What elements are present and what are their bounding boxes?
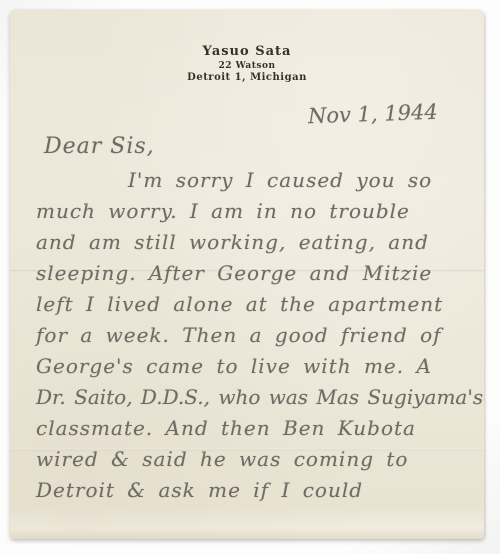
letterhead-street-address: 22 Watson xyxy=(10,61,484,72)
letterhead-name: Yasuo Sata xyxy=(10,44,484,59)
letterhead-city-address: Detroit 1, Michigan xyxy=(10,72,484,84)
letter-line: Dr. Saito, D.D.S., who was Mas Sugiyama'… xyxy=(36,382,472,413)
letter-line: George's came to live with me. A xyxy=(36,351,472,382)
letter-line: wired & said he was coming to xyxy=(36,444,472,475)
letter-paper: Yasuo Sata 22 Watson Detroit 1, Michigan… xyxy=(10,10,484,539)
letter-line: for a week. Then a good friend of xyxy=(36,320,472,351)
letter-body: I'm sorry I caused you so much worry. I … xyxy=(36,165,472,506)
letter-line: classmate. And then Ben Kubota xyxy=(36,413,472,444)
letter-line: left I lived alone at the apartment xyxy=(36,289,472,320)
letterhead: Yasuo Sata 22 Watson Detroit 1, Michigan xyxy=(10,44,484,84)
scanned-letter-photo: Yasuo Sata 22 Watson Detroit 1, Michigan… xyxy=(0,0,500,554)
letter-salutation: Dear Sis, xyxy=(44,134,155,159)
letter-line: much worry. I am in no trouble xyxy=(36,196,472,227)
letter-line: I'm sorry I caused you so xyxy=(36,165,472,196)
letter-line: sleeping. After George and Mitzie xyxy=(36,258,472,289)
letter-line: Detroit & ask me if I could xyxy=(36,475,472,506)
letter-line: and am still working, eating, and xyxy=(36,227,472,258)
letter-date: Nov 1, 1944 xyxy=(308,100,438,129)
